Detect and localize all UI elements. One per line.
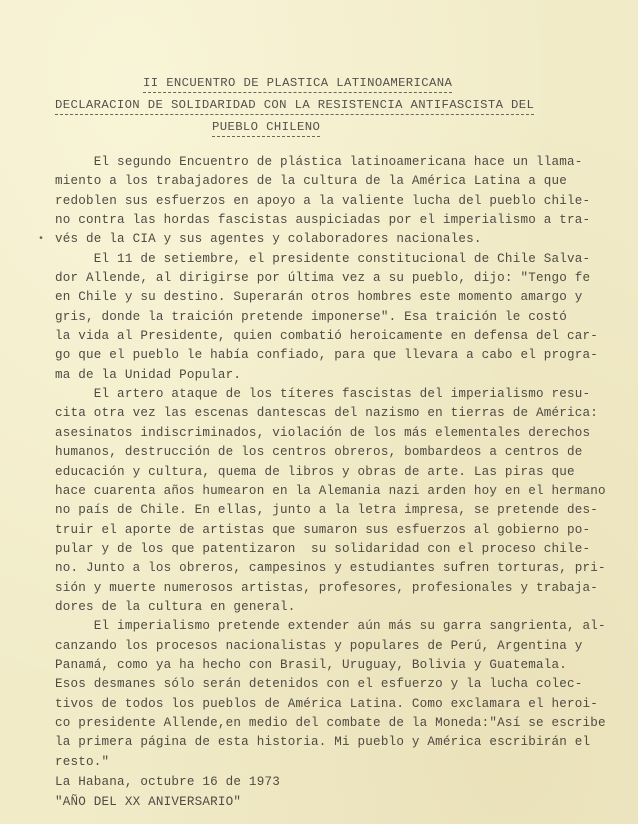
text-line: co presidente Allende,en medio del comba… [55,714,615,733]
text-line: tivos de todos los pueblos de América La… [55,695,615,714]
paragraph-llamamiento: El segundo Encuentro de plástica latinoa… [55,153,615,250]
text-line: El 11 de setiembre, el presidente consti… [55,250,615,269]
text-line: no. Junto a los obreros, campesinos y es… [55,559,615,578]
text-line: cita otra vez las escenas dantescas del … [55,404,615,423]
text-line: dores de la cultura en general. [55,598,615,617]
title-declaracion: DECLARACION DE SOLIDARIDAD CON LA RESIST… [55,98,534,115]
text-line: truir el aporte de artistas que sumaron … [55,521,615,540]
paragraph-ataque-fascista: El artero ataque de los títeres fascista… [55,385,615,617]
closing-signature-block: La Habana, octubre 16 de 1973 "AÑO DEL X… [55,772,455,812]
text-line: sión y muerte numerosos artistas, profes… [55,579,615,598]
text-line: humanos, destrucción de los centros obre… [55,443,615,462]
text-line: pular y de los que patentizaron su solid… [55,540,615,559]
text-line: Panamá, como ya ha hecho con Brasil, Uru… [55,656,615,675]
text-line: Esos desmanes sólo serán detenidos con e… [55,675,615,694]
text-line: hace cuarenta años humearon en la Aleman… [55,482,615,501]
margin-dot-mark: • [38,230,44,249]
text-line: dor Allende, al dirigirse por última vez… [55,269,615,288]
text-line: go que el pueblo le había confiado, para… [55,346,615,365]
year-motto: "AÑO DEL XX ANIVERSARIO" [55,792,455,812]
text-line: no contra las hordas fascistas auspiciad… [55,211,615,230]
title-encuentro: II ENCUENTRO DE PLASTICA LATINOAMERICANA [143,76,452,93]
place-and-date: La Habana, octubre 16 de 1973 [55,772,455,792]
text-line: la primera página de esta historia. Mi p… [55,733,615,752]
text-line: miento a los trabajadores de la cultura … [55,172,615,191]
declaration-body: El segundo Encuentro de plástica latinoa… [55,153,615,772]
title-pueblo-chileno: PUEBLO CHILENO [212,120,320,137]
text-line: la vida al Presidente, quien combatió he… [55,327,615,346]
text-line: resto." [55,753,615,772]
text-line: El artero ataque de los títeres fascista… [55,385,615,404]
text-line: educación y cultura, quema de libros y o… [55,463,615,482]
text-line: gris, donde la traición pretende imponer… [55,308,615,327]
paragraph-imperialismo: El imperialismo pretende extender aún má… [55,617,615,772]
text-line-content: vés de la CIA y sus agentes y colaborado… [55,232,482,246]
paragraph-allende: El 11 de setiembre, el presidente consti… [55,250,615,385]
text-line: en Chile y su destino. Superarán otros h… [55,288,615,307]
typewritten-document-page: II ENCUENTRO DE PLASTICA LATINOAMERICANA… [0,0,638,824]
text-line: redoblen sus esfuerzos en apoyo a la val… [55,192,615,211]
text-line: asesinatos indiscriminados, violación de… [55,424,615,443]
text-line-with-margin-mark: •vés de la CIA y sus agentes y colaborad… [55,230,615,249]
text-line: no país de Chile. En ellas, junto a la l… [55,501,615,520]
text-line: canzando los procesos nacionalistas y po… [55,637,615,656]
text-line: El imperialismo pretende extender aún má… [55,617,615,636]
text-line: ma de la Unidad Popular. [55,366,615,385]
text-line: El segundo Encuentro de plástica latinoa… [55,153,615,172]
